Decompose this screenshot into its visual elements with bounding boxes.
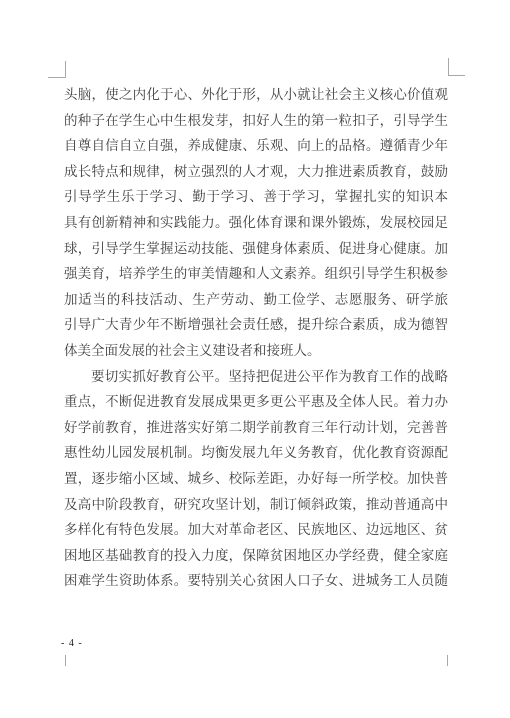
text-line[interactable]: 的种子在学生心中生根发芽，扣好人生的第一粒扣子，引导学生 [64,108,448,134]
text-line[interactable]: 多样化有特色发展。加大对革命老区、民族地区、边远地区、贫 [64,517,448,543]
text-line[interactable]: 困地区基础教育的投入力度，保障贫困地区办学经费，健全家庭 [64,543,448,569]
document-body[interactable]: 头脑，使之内化于心、外化于形，从小就让社会主义核心价值观的种子在学生心中生根发芽… [64,82,448,594]
text-line[interactable]: 体美全面发展的社会主义建设者和接班人。 [64,338,448,364]
text-line[interactable]: 引导广大青少年不断增强社会责任感，提升综合素质，成为德智 [64,312,448,338]
page-number: - 4 - [61,639,83,649]
text-boundary-mark-bottom-right-icon [447,655,448,666]
text-line[interactable]: 具有创新精神和实践能力。强化体育课和课外锻炼，发展校园足 [64,210,448,236]
text-line[interactable]: 成长特点和规律，树立强烈的人才观，大力推进素质教育，鼓励 [64,159,448,185]
text-line[interactable]: 球，引导学生掌握运动技能、强健身体素质、促进身心健康。加 [64,236,448,262]
text-line[interactable]: 头脑，使之内化于心、外化于形，从小就让社会主义核心价值观 [64,82,448,108]
text-boundary-mark-bottom-left-icon [65,655,66,666]
text-line[interactable]: 加适当的科技活动、生产劳动、勤工俭学、志愿服务、研学旅行， [64,287,448,313]
text-boundary-mark-top-left-icon [48,61,66,78]
document-page: 头脑，使之内化于心、外化于形，从小就让社会主义核心价值观的种子在学生心中生根发芽… [0,0,510,718]
text-line[interactable]: 惠性幼儿园发展机制。均衡发展九年义务教育，优化教育资源配 [64,440,448,466]
text-boundary-mark-top-right-icon [448,58,465,76]
text-line[interactable]: 重点，不断促进教育发展成果更多更公平惠及全体人民。着力办 [64,389,448,415]
text-line[interactable]: 强美育，培养学生的审美情趣和人文素养。组织引导学生积极参 [64,261,448,287]
text-line[interactable]: 困难学生资助体系。要特别关心贫困人口子女、进城务工人员随 [64,568,448,594]
text-line[interactable]: 要切实抓好教育公平。坚持把促进公平作为教育工作的战略 [64,364,448,390]
text-line[interactable]: 置，逐步缩小区域、城乡、校际差距，办好每一所学校。加快普 [64,466,448,492]
text-line[interactable]: 好学前教育，推进落实好第二期学前教育三年行动计划，完善普 [64,415,448,441]
text-line[interactable]: 引导学生乐于学习、勤于学习、善于学习，掌握扎实的知识本领， [64,184,448,210]
text-line[interactable]: 及高中阶段教育，研究攻坚计划，制订倾斜政策，推动普通高中 [64,492,448,518]
text-line[interactable]: 自尊自信自立自强，养成健康、乐观、向上的品格。遵循青少年 [64,133,448,159]
